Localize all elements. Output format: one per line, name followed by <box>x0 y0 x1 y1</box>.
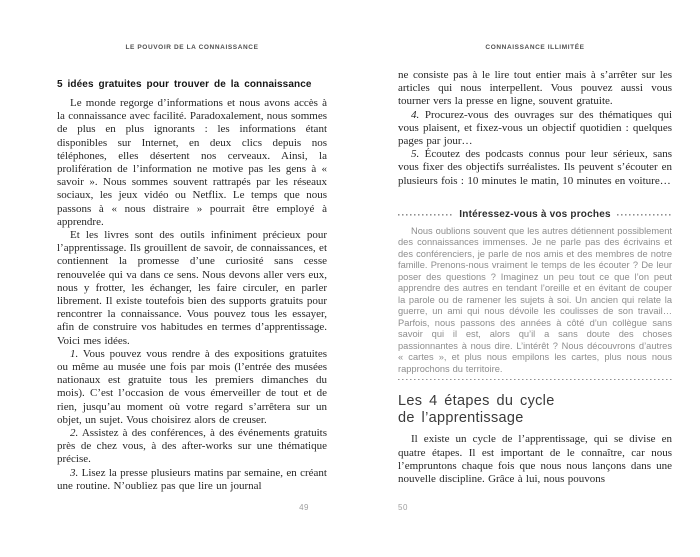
dotted-rule-bottom <box>398 378 672 380</box>
page-number-right: 50 <box>398 503 408 512</box>
list-item: 4. Procurez-vous des ouvrages sur des th… <box>398 109 672 149</box>
list-number: 3. <box>70 467 78 479</box>
list-item: 1. Vous pouvez vous rendre à des exposit… <box>57 348 327 427</box>
paragraph-text: Vous pouvez vous rendre à des exposition… <box>57 348 327 426</box>
paragraph-text: Écoutez des podcasts connus pour leur sé… <box>398 148 672 186</box>
paragraph-text: Le monde regorge d’informations et nous … <box>57 97 327 228</box>
callout-titlebar: Intéressez-vous à vos proches <box>398 208 672 221</box>
running-header-left: LE POUVOIR DE LA CONNAISSANCE <box>57 44 327 52</box>
list-item: 2. Assistez à des conférences, à des évé… <box>57 427 327 467</box>
callout-title: Intéressez-vous à vos proches <box>453 208 616 221</box>
list-number: 2. <box>70 427 78 439</box>
paragraph-text: Il existe un cycle de l’apprentissage, q… <box>398 433 672 485</box>
section-heading: 5 idées gratuites pour trouver de la con… <box>57 78 327 91</box>
paragraph: ne consiste pas à le lire tout entier ma… <box>398 69 672 109</box>
list-number: 5. <box>411 148 419 160</box>
paragraph: Le monde regorge d’informations et nous … <box>57 97 327 229</box>
paragraph-text: Lisez la presse plusieurs matins par sem… <box>57 467 327 492</box>
callout-box: Intéressez-vous à vos proches Nous oubli… <box>398 208 672 381</box>
page-number-left: 49 <box>57 503 309 512</box>
book-spread: LE POUVOIR DE LA CONNAISSANCE 5 idées gr… <box>0 0 700 557</box>
callout-body: Nous oublions souvent que les autres dét… <box>398 226 672 376</box>
paragraph: Et les livres sont des outils infiniment… <box>57 229 327 348</box>
chapter-heading: Les 4 étapes du cycle de l’apprentissage <box>398 393 672 427</box>
paragraph-text: Et les livres sont des outils infiniment… <box>57 229 327 347</box>
paragraph: Il existe un cycle de l’apprentissage, q… <box>398 433 672 486</box>
paragraph-text: Procurez-vous des ouvrages sur des théma… <box>398 109 672 147</box>
list-number: 1. <box>70 348 78 360</box>
paragraph-text: ne consiste pas à le lire tout entier ma… <box>398 69 672 107</box>
left-page: LE POUVOIR DE LA CONNAISSANCE 5 idées gr… <box>57 44 327 493</box>
running-header-right: CONNAISSANCE ILLIMITÉE <box>398 44 672 52</box>
dotted-leader-left <box>398 214 453 216</box>
list-item: 3. Lisez la presse plusieurs matins par … <box>57 467 327 493</box>
list-number: 4. <box>411 109 419 121</box>
right-page: CONNAISSANCE ILLIMITÉE ne consiste pas à… <box>398 44 672 486</box>
list-item: 5. Écoutez des podcasts connus pour leur… <box>398 148 672 188</box>
paragraph-text: Assistez à des conférences, à des événem… <box>57 427 327 465</box>
dotted-leader-right <box>617 214 672 216</box>
